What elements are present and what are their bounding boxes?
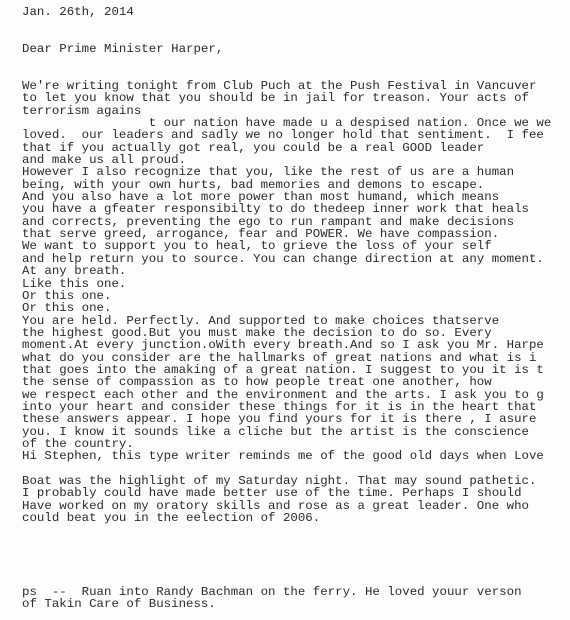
letter-line: to let you know that you should be in ja… [22, 92, 551, 104]
letter-line: I probably could have made better use of… [22, 487, 551, 499]
letter-line: Like this one. [22, 278, 551, 290]
letter-line: you have a gfeater responsibilty to do t… [22, 203, 551, 215]
letter-line: Or this one. [22, 302, 551, 314]
letter-line: could beat you in the eelection of 2006. [22, 512, 551, 524]
letter-body: We're writing tonight from Club Puch at … [0, 80, 529, 524]
letter-line: the sense of compassion as to how people… [22, 376, 551, 388]
letter-salutation: Dear Prime Minister Harper, [22, 43, 223, 55]
letter-line: of Takin Care of Business. [22, 598, 522, 610]
letter-date: Jan. 26th, 2014 [22, 6, 134, 18]
typewritten-letter-page: Jan. 26th, 2014 Dear Prime Minister Harp… [0, 0, 570, 620]
letter-line: However I also recognize that you, like … [22, 166, 551, 178]
letter-line: loved. our leaders and sadly we no longe… [22, 129, 551, 141]
letter-line: Hi Stephen, this type writer reminds me … [22, 450, 551, 462]
letter-line: We want to support you to heal, to griev… [22, 240, 551, 252]
letter-line: moment.At every junction.oWith every bre… [22, 339, 551, 351]
letter-line: At any breath. [22, 265, 551, 277]
letter-postscript: ps -- Ruan into Randy Bachman on the fer… [0, 586, 500, 611]
letter-line: these answers appear. I hope you find yo… [22, 413, 551, 425]
